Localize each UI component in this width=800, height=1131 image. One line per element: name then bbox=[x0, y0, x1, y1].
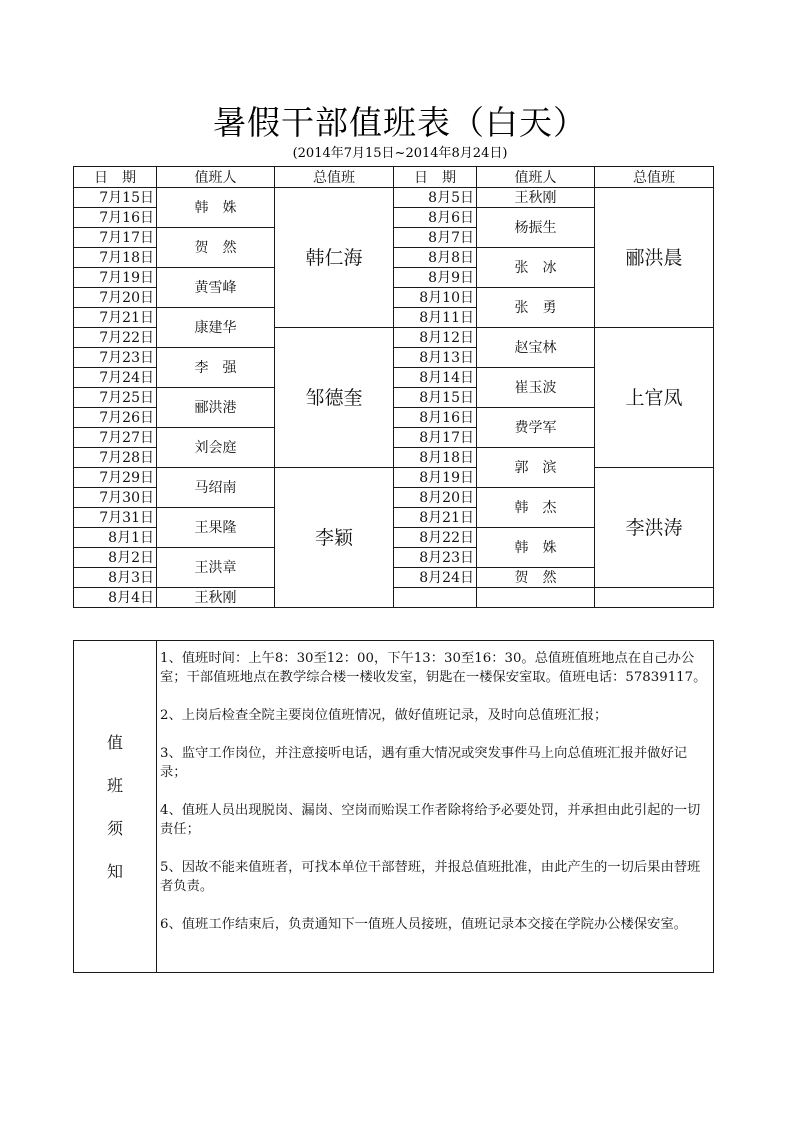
table-row: 7月29日马绍南李颖8月19日李洪涛 bbox=[74, 468, 714, 488]
duty-person-right: 杨振生 bbox=[477, 208, 595, 248]
notes-label: 值 班 须 知 bbox=[74, 641, 157, 973]
date-cell-left: 7月17日 bbox=[74, 228, 157, 248]
date-cell-right bbox=[394, 588, 477, 608]
date-cell-right: 8月12日 bbox=[394, 328, 477, 348]
duty-notes-section: 值 班 须 知 1、值班时间：上午8：30至12：00，下午13：30至16：3… bbox=[73, 640, 714, 973]
note-item-2: 2、上岗后检查全院主要岗位值班情况，做好值班记录，及时向总值班汇报； bbox=[160, 706, 709, 725]
duty-person-left: 王果隆 bbox=[157, 508, 275, 548]
duty-person-left: 王洪章 bbox=[157, 548, 275, 588]
date-cell-left: 7月20日 bbox=[74, 288, 157, 308]
notes-label-char: 值 bbox=[74, 721, 156, 764]
date-cell-left: 7月30日 bbox=[74, 488, 157, 508]
duty-person-right: 张 勇 bbox=[477, 288, 595, 328]
date-cell-right: 8月8日 bbox=[394, 248, 477, 268]
date-cell-left: 7月28日 bbox=[74, 448, 157, 468]
date-cell-right: 8月10日 bbox=[394, 288, 477, 308]
date-cell-left: 7月23日 bbox=[74, 348, 157, 368]
date-cell-right: 8月22日 bbox=[394, 528, 477, 548]
date-cell-left: 7月19日 bbox=[74, 268, 157, 288]
date-cell-right: 8月18日 bbox=[394, 448, 477, 468]
date-cell-left: 7月31日 bbox=[74, 508, 157, 528]
date-cell-left: 8月3日 bbox=[74, 568, 157, 588]
date-cell-left: 7月15日 bbox=[74, 188, 157, 208]
date-cell-left: 7月21日 bbox=[74, 308, 157, 328]
header-chief-left: 总值班 bbox=[275, 167, 394, 188]
duty-person-left: 贺 然 bbox=[157, 228, 275, 268]
date-cell-left: 7月24日 bbox=[74, 368, 157, 388]
note-item-5: 5、因故不能来值班者，可找本单位干部替班，并报总值班批准，由此产生的一切后果由替… bbox=[160, 858, 709, 896]
notes-label-char: 班 bbox=[74, 764, 156, 807]
date-cell-left: 7月18日 bbox=[74, 248, 157, 268]
date-cell-right: 8月6日 bbox=[394, 208, 477, 228]
date-range-subtitle: (2014年7月15日~2014年8月24日) bbox=[0, 145, 800, 163]
date-cell-right: 8月17日 bbox=[394, 428, 477, 448]
duty-person-left: 刘会庭 bbox=[157, 428, 275, 468]
duty-person-right: 韩 杰 bbox=[477, 488, 595, 528]
date-cell-right: 8月20日 bbox=[394, 488, 477, 508]
date-cell-left: 8月4日 bbox=[74, 588, 157, 608]
duty-person-right: 赵宝林 bbox=[477, 328, 595, 368]
duty-person-left: 康建华 bbox=[157, 308, 275, 348]
notes-body: 1、值班时间：上午8：30至12：00，下午13：30至16：30。总值班值班地… bbox=[157, 641, 714, 973]
date-cell-left: 7月26日 bbox=[74, 408, 157, 428]
chief-on-duty-right: 上官凤 bbox=[595, 328, 714, 468]
duty-person-left: 韩 姝 bbox=[157, 188, 275, 228]
table-row: 8月4日王秋刚 bbox=[74, 588, 714, 608]
chief-on-duty-left: 李颖 bbox=[275, 468, 394, 608]
table-header-row: 日 期 值班人 总值班 日 期 值班人 总值班 bbox=[74, 167, 714, 188]
notes-label-char: 须 bbox=[74, 807, 156, 850]
duty-person-left: 马绍南 bbox=[157, 468, 275, 508]
duty-person-right: 崔玉波 bbox=[477, 368, 595, 408]
date-cell-left: 7月22日 bbox=[74, 328, 157, 348]
duty-person-left: 王秋刚 bbox=[157, 588, 275, 608]
notes-label-char: 知 bbox=[74, 850, 156, 893]
date-cell-left: 7月27日 bbox=[74, 428, 157, 448]
note-item-6: 6、值班工作结束后，负责通知下一值班人员接班，值班记录本交接在学院办公楼保安室。 bbox=[160, 915, 709, 934]
duty-person-right bbox=[477, 588, 595, 608]
date-cell-right: 8月11日 bbox=[394, 308, 477, 328]
date-cell-right: 8月21日 bbox=[394, 508, 477, 528]
date-cell-right: 8月7日 bbox=[394, 228, 477, 248]
date-cell-right: 8月14日 bbox=[394, 368, 477, 388]
header-date-left: 日 期 bbox=[74, 167, 157, 188]
date-cell-left: 7月29日 bbox=[74, 468, 157, 488]
date-cell-right: 8月13日 bbox=[394, 348, 477, 368]
date-cell-right: 8月15日 bbox=[394, 388, 477, 408]
duty-person-right: 郭 滨 bbox=[477, 448, 595, 488]
date-cell-left: 8月1日 bbox=[74, 528, 157, 548]
date-cell-right: 8月23日 bbox=[394, 548, 477, 568]
duty-schedule-table: 日 期 值班人 总值班 日 期 值班人 总值班 7月15日韩 姝韩仁海8月5日王… bbox=[73, 166, 714, 608]
note-item-3: 3、监守工作岗位，并注意接听电话，遇有重大情况或突发事件马上向总值班汇报并做好记… bbox=[160, 744, 709, 782]
page-title: 暑假干部值班表（白天） bbox=[0, 101, 800, 145]
duty-person-right: 张 冰 bbox=[477, 248, 595, 288]
header-person-right: 值班人 bbox=[477, 167, 595, 188]
duty-person-right: 韩 姝 bbox=[477, 528, 595, 568]
note-item-1: 1、值班时间：上午8：30至12：00，下午13：30至16：30。总值班值班地… bbox=[160, 649, 709, 687]
header-chief-right: 总值班 bbox=[595, 167, 714, 188]
table-row: 7月15日韩 姝韩仁海8月5日王秋刚郦洪晨 bbox=[74, 188, 714, 208]
date-cell-right: 8月19日 bbox=[394, 468, 477, 488]
note-item-4: 4、值班人员出现脱岗、漏岗、空岗而贻误工作者除将给予必要处罚，并承担由此引起的一… bbox=[160, 801, 709, 839]
header-date-right: 日 期 bbox=[394, 167, 477, 188]
date-cell-left: 7月25日 bbox=[74, 388, 157, 408]
date-cell-right: 8月16日 bbox=[394, 408, 477, 428]
date-cell-right: 8月9日 bbox=[394, 268, 477, 288]
header-person-left: 值班人 bbox=[157, 167, 275, 188]
chief-on-duty-right: 李洪涛 bbox=[595, 468, 714, 588]
chief-on-duty-right: 郦洪晨 bbox=[595, 188, 714, 328]
chief-on-duty-right bbox=[595, 588, 714, 608]
chief-on-duty-left: 韩仁海 bbox=[275, 188, 394, 328]
duty-person-left: 郦洪港 bbox=[157, 388, 275, 428]
duty-person-left: 李 强 bbox=[157, 348, 275, 388]
duty-person-right: 王秋刚 bbox=[477, 188, 595, 208]
date-cell-right: 8月5日 bbox=[394, 188, 477, 208]
date-cell-left: 7月16日 bbox=[74, 208, 157, 228]
duty-person-right: 费学军 bbox=[477, 408, 595, 448]
duty-person-right: 贺 然 bbox=[477, 568, 595, 588]
duty-person-left: 黄雪峰 bbox=[157, 268, 275, 308]
date-cell-left: 8月2日 bbox=[74, 548, 157, 568]
date-cell-right: 8月24日 bbox=[394, 568, 477, 588]
chief-on-duty-left: 邹德奎 bbox=[275, 328, 394, 468]
